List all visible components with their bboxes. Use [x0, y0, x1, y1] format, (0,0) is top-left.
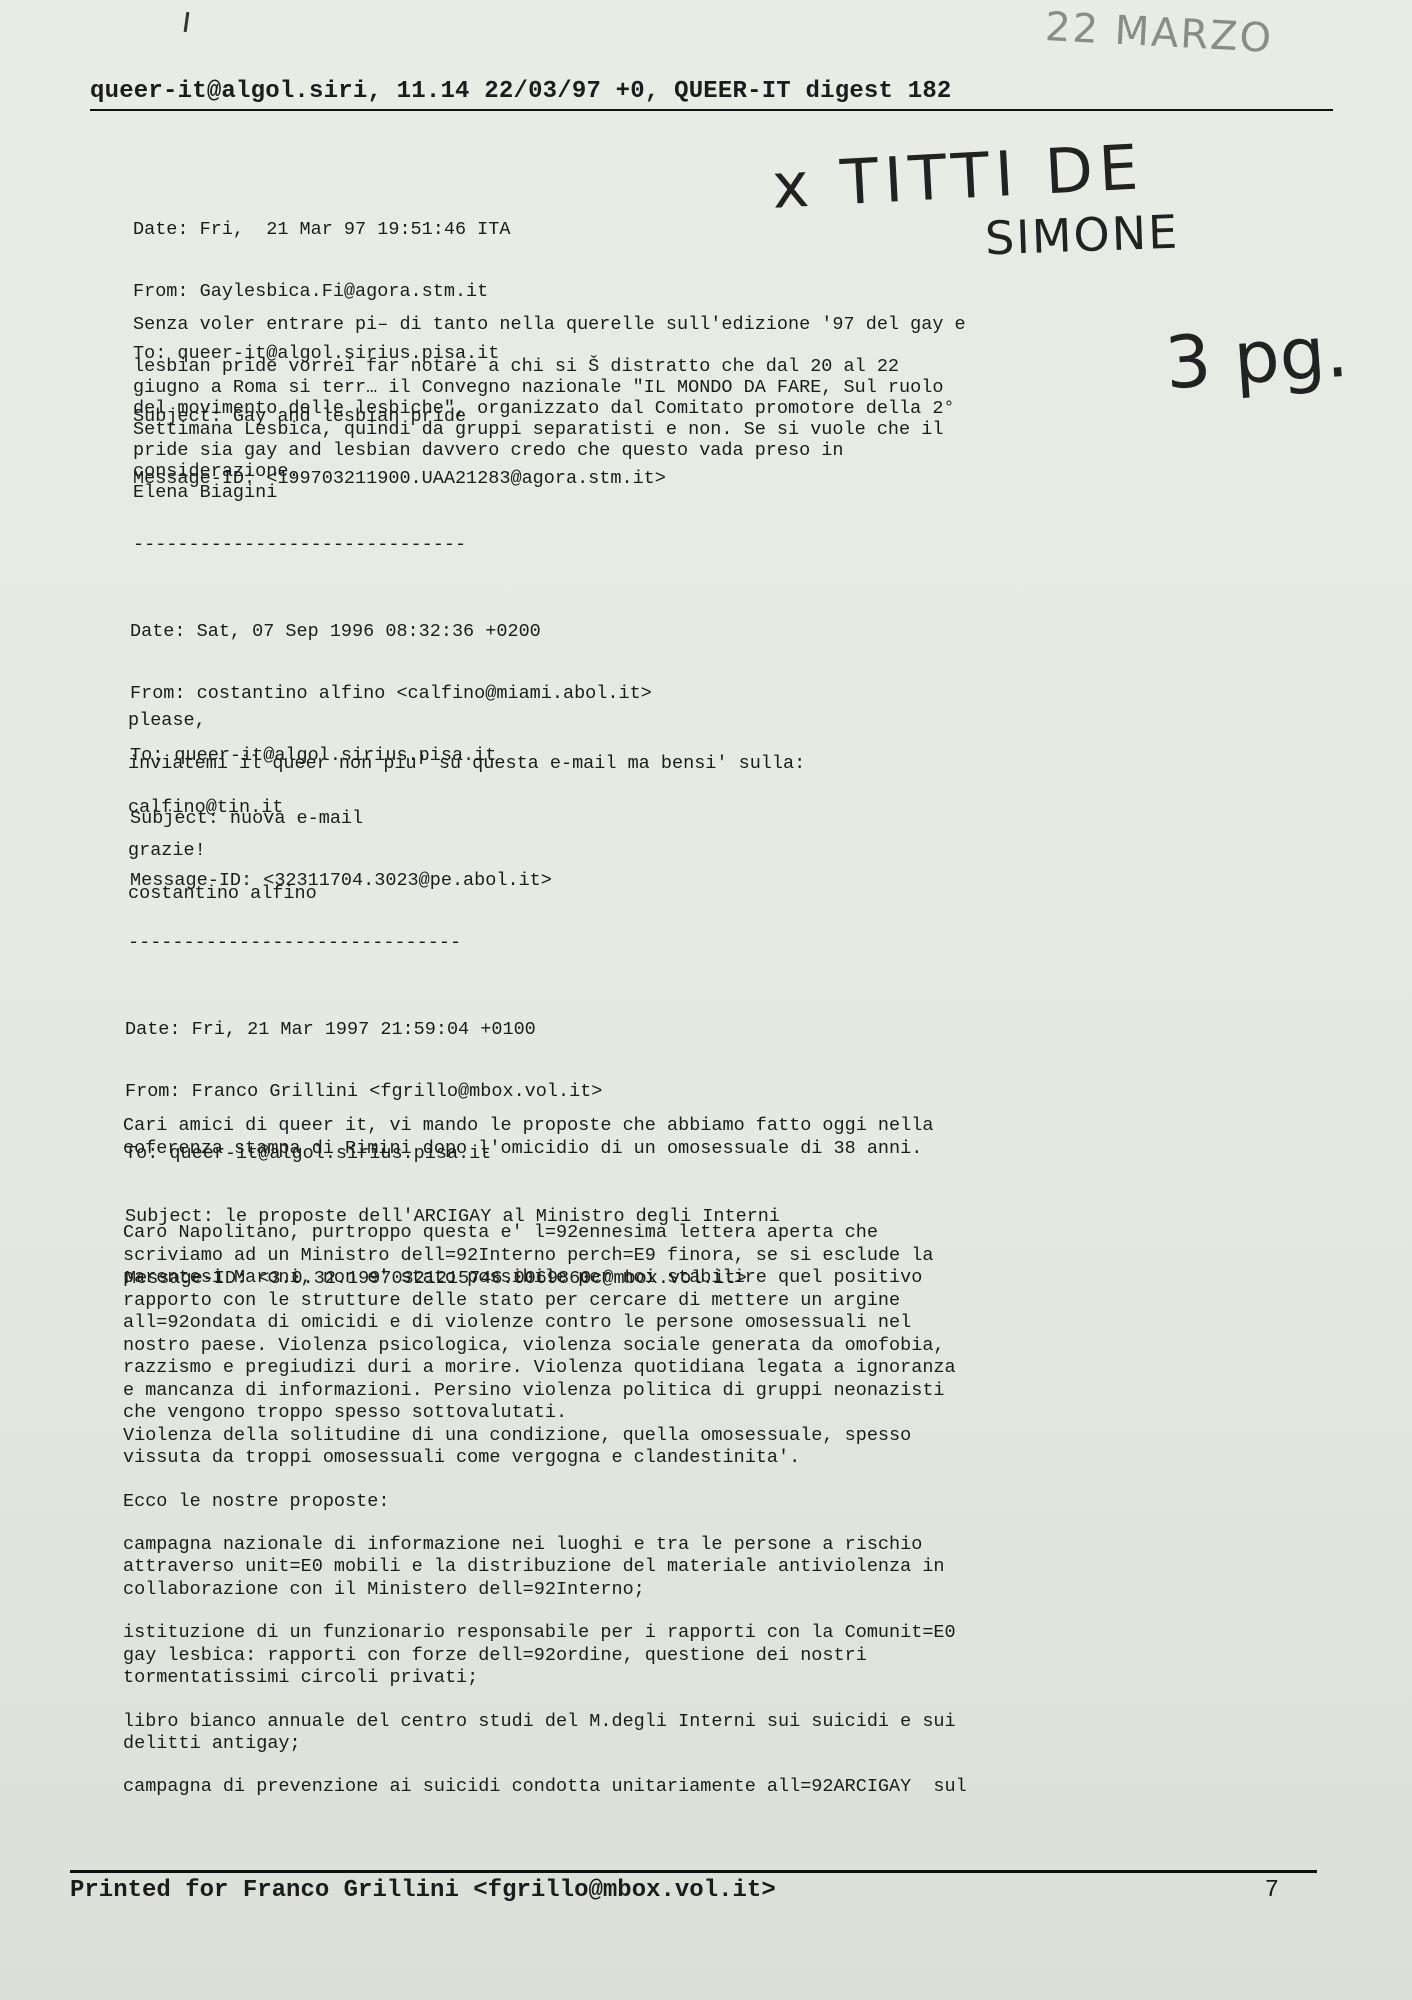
- message-from: From: Franco Grillini <fgrillo@mbox.vol.…: [125, 1082, 780, 1103]
- body-line: [133, 335, 966, 356]
- body-line: vissuta da troppi omosessuali come vergo…: [123, 1447, 967, 1470]
- body-line: Caro Napolitano, purtroppo questa e' l=9…: [123, 1222, 967, 1245]
- body-line: parentesi Maroni, non e' stato possibile…: [123, 1267, 967, 1290]
- body-line: grazie!: [128, 840, 805, 863]
- message-date: Date: Sat, 07 Sep 1996 08:32:36 +0200: [130, 622, 652, 643]
- handwritten-date: 22 MARZO: [1044, 4, 1274, 62]
- message-1-body: Senza voler entrare pi– di tanto nella q…: [133, 314, 966, 503]
- body-line: tormentatissimi circoli privati;: [123, 1667, 967, 1690]
- body-line: Senza voler entrare pi– di tanto nella q…: [133, 314, 966, 335]
- message-from: From: Gaylesbica.Fi@agora.stm.it: [133, 282, 666, 303]
- message-3-body: Cari amici di queer it, vi mando le prop…: [123, 1115, 967, 1799]
- handwritten-page-count: 3 pg.: [1162, 309, 1350, 406]
- body-line: [128, 862, 805, 883]
- body-line: razzismo e pregiudizi duri a morire. Vio…: [123, 1357, 967, 1380]
- body-line: coferenza stampa di Rimini dopo l'omicid…: [123, 1138, 967, 1161]
- body-line: Elena Biagini: [133, 482, 966, 503]
- body-line: pride sia gay and lesbian davvero credo …: [133, 440, 966, 461]
- body-line: [128, 776, 805, 797]
- body-line: e mancanza di informazioni. Persino viol…: [123, 1380, 967, 1403]
- body-line: [128, 733, 805, 754]
- body-line: collaborazione con il Ministero dell=92I…: [123, 1579, 967, 1602]
- body-line: campagna di prevenzione ai suicidi condo…: [123, 1776, 967, 1799]
- body-line: lesbian pride vorrei far notare a chi si…: [133, 356, 966, 377]
- message-2-body: please,inviatemi il queer non piu' su qu…: [128, 710, 805, 906]
- body-line: Ecco le nostre proposte:: [123, 1491, 967, 1514]
- body-line: Violenza della solitudine di una condizi…: [123, 1425, 967, 1448]
- body-line: [123, 1690, 967, 1711]
- body-line: istituzione di un funzionario responsabi…: [123, 1622, 967, 1645]
- message-separator: ------------------------------: [128, 933, 461, 954]
- body-line: gay lesbica: rapporti con forze dell=92o…: [123, 1645, 967, 1668]
- body-line: Settimana Lesbica, quindi da gruppi sepa…: [133, 419, 966, 440]
- body-line: [123, 1601, 967, 1622]
- ink-speck: [184, 12, 190, 32]
- message-date: Date: Fri, 21 Mar 97 19:51:46 ITA: [133, 220, 666, 241]
- message-date: Date: Fri, 21 Mar 1997 21:59:04 +0100: [125, 1020, 780, 1041]
- message-separator: ------------------------------: [133, 535, 466, 556]
- body-line: giugno a Roma si terr… il Convegno nazio…: [133, 377, 966, 398]
- body-line: [123, 1181, 967, 1202]
- body-line: calfino@tin.it: [128, 797, 805, 820]
- body-line: [123, 1513, 967, 1534]
- body-line: attraverso unit=E0 mobili e la distribuz…: [123, 1556, 967, 1579]
- body-line: nostro paese. Violenza psicologica, viol…: [123, 1335, 967, 1358]
- body-line: rapporto con le strutture delle stato pe…: [123, 1290, 967, 1313]
- body-line: Cari amici di queer it, vi mando le prop…: [123, 1115, 967, 1138]
- body-line: please,: [128, 710, 805, 733]
- body-line: [128, 819, 805, 840]
- body-line: costantino alfino: [128, 883, 805, 906]
- print-footer: Printed for Franco Grillini <fgrillo@mbo…: [70, 1870, 1317, 1904]
- body-line: del movimento delle lesbiche", organizza…: [133, 398, 966, 419]
- body-line: libro bianco annuale del centro studi de…: [123, 1711, 967, 1734]
- body-line: scriviamo ad un Ministro dell=92Interno …: [123, 1245, 967, 1268]
- body-line: [123, 1160, 967, 1181]
- body-line: che vengono troppo spesso sottovalutati.: [123, 1402, 967, 1425]
- body-line: inviatemi il queer non piu' su questa e-…: [128, 753, 805, 776]
- printed-for: Printed for Franco Grillini <fgrillo@mbo…: [70, 1877, 776, 1904]
- body-line: campagna nazionale di informazione nei l…: [123, 1534, 967, 1557]
- handwritten-recipient-line2: SIMONE: [984, 205, 1180, 266]
- body-line: [123, 1202, 967, 1223]
- body-line: delitti antigay;: [123, 1733, 967, 1756]
- body-line: [123, 1470, 967, 1491]
- digest-header: queer-it@algol.siri, 11.14 22/03/97 +0, …: [90, 78, 1333, 111]
- body-line: considerazione.: [133, 461, 966, 482]
- message-from: From: costantino alfino <calfino@miami.a…: [130, 684, 652, 705]
- body-line: [123, 1756, 967, 1777]
- page-number: 7: [1265, 1877, 1317, 1904]
- body-line: all=92ondata di omicidi e di violenze co…: [123, 1312, 967, 1335]
